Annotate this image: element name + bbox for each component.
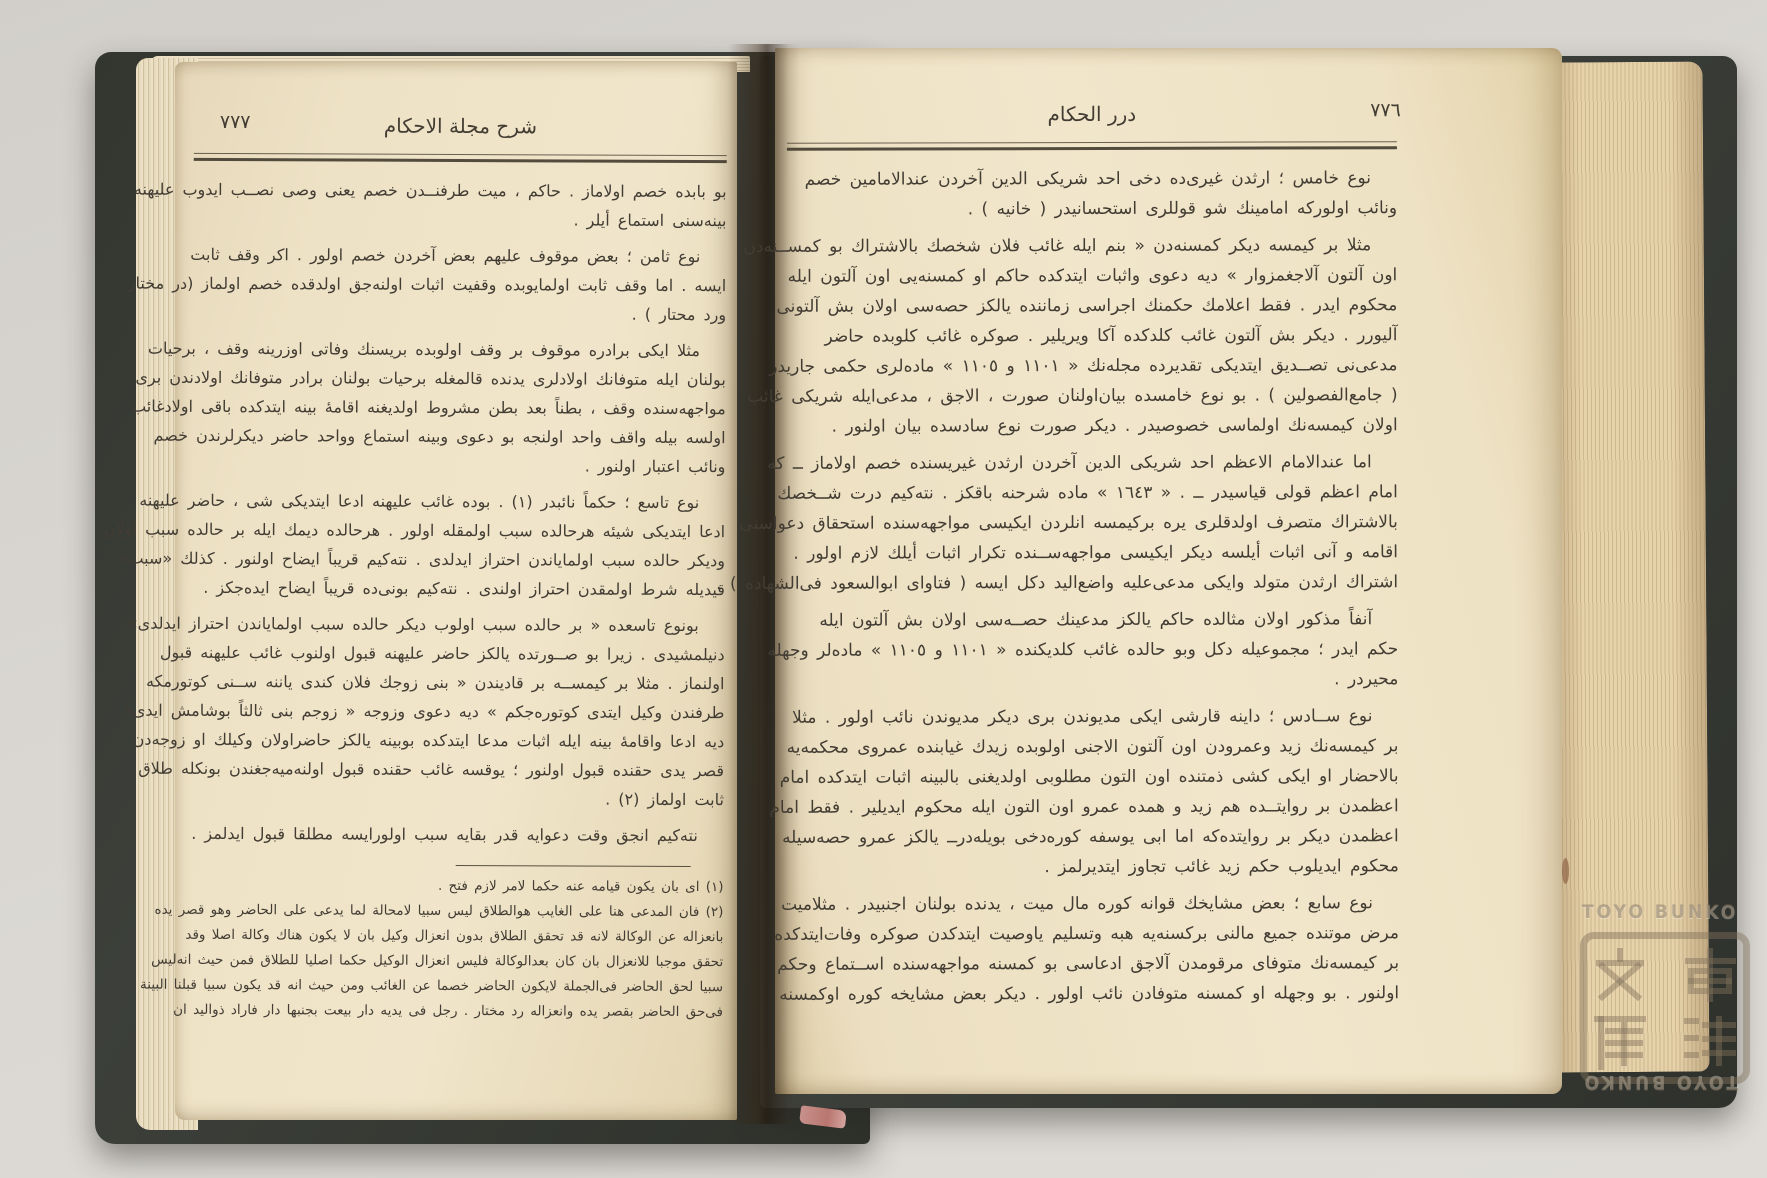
- text-paragraph: نوع ثامن ؛ بعض موقوف عليهم بعض آخردن خصم…: [193, 240, 726, 329]
- text-line: ديه ادعا واقامهٔ بينه ايله اثبات مدعا اي…: [191, 725, 724, 756]
- text-line: اولسه بيله واقف واحد اولنجه بو دعوى وبين…: [192, 421, 725, 452]
- toyo-bunko-seal: [1580, 932, 1750, 1084]
- text-line: اون آلتون آلاجغمزوار » ديه دعوى واثبات ا…: [787, 260, 1397, 292]
- text-paragraph: بونوع تاسعده « بر حالده سبب اولوب ديكر ح…: [191, 609, 725, 814]
- footnote-block: (١) اى بان يكون قيامه عنه حكما لامر لازم…: [190, 873, 724, 1025]
- text-line: (٢) فان المدعى هنا على الغايب هوالطلاق ل…: [190, 898, 723, 925]
- toyo-bunko-watermark-bottom: TOYO BUNKO: [1568, 1072, 1752, 1094]
- text-line: مواجهه‌سنده وقف ، بطناً بعد بطن مشروط او…: [193, 392, 726, 423]
- text-line: بر كيمسه‌نك متوفاى مرقومدن آلاجق ادعاسى …: [789, 948, 1399, 980]
- left-page-header-title: شرح مجلة الاحكام: [194, 113, 727, 139]
- text-line: امام اعظم قولى قياسيدر ــ . « ١٦٤٣ » ماد…: [788, 477, 1398, 509]
- text-line: محكوم ايديلوب حكم زيد غائب تجاوز ايتديرل…: [789, 851, 1399, 883]
- text-line: ثابت اولماز (٢) .: [191, 783, 724, 814]
- text-line: نوع ســادس ؛ داينه قارشى ايكى مديوندن بر…: [788, 701, 1398, 733]
- right-page-header-title: درر الحكام: [787, 101, 1397, 127]
- text-line: محيردر .: [788, 664, 1398, 696]
- seal-glyphs-icon: [1587, 939, 1743, 1077]
- right-page-header: ٧٧٦ درر الحكام: [787, 91, 1397, 143]
- book-photo: ٧٧٧ شرح مجلة الاحكام بو بابده خصم اولاما…: [0, 0, 1767, 1178]
- text-paragraph: نته‌كيم انجق وقت دعوايه قدر بقايه سبب او…: [191, 819, 724, 850]
- text-line: نته‌كيم انجق وقت دعوايه قدر بقايه سبب او…: [191, 819, 724, 850]
- left-page-text-column: ٧٧٧ شرح مجلة الاحكام بو بابده خصم اولاما…: [190, 103, 727, 1025]
- text-line: ايسه . اما وقف ثابت اولمايوبده وقفيت اثب…: [193, 269, 726, 300]
- text-line: نوع خامس ؛ ارثدن غيرى‌ده دخى احد شريكى ا…: [787, 163, 1397, 195]
- text-line: اولنور . بو وجهله او كمسنه متوفادن نائب …: [789, 978, 1399, 1010]
- text-line: ادعا ايتديكى شيئه هرحالده سبب اولمقله او…: [192, 515, 725, 546]
- text-paragraph: نوع خامس ؛ ارثدن غيرى‌ده دخى احد شريكى ا…: [787, 163, 1397, 225]
- text-paragraph: بو بابده خصم اولاماز . حاكم ، ميت طرفنــ…: [193, 175, 726, 235]
- text-line: قيديله شرط اولمقدن احتراز اولندى . نته‌ك…: [192, 573, 725, 604]
- text-line: بالاحضار او ايكى كشى ذمتنده اون التون مط…: [789, 761, 1399, 793]
- text-paragraph: آنفاً مذكور اولان مثالده حاكم يالكز مدعي…: [788, 604, 1398, 696]
- text-line: ( جامع‌الفصولين ) . بو نوع خامسده بيان‌ا…: [788, 380, 1398, 412]
- left-page-header: ٧٧٧ شرح مجلة الاحكام: [194, 103, 727, 155]
- text-line: مدعى‌نى تصــديق ايتديكى تقديرده مجله‌نك …: [787, 350, 1397, 382]
- text-line: بانعزاله عن الوكالة لانه قد تحقق الطلاق …: [190, 923, 723, 950]
- text-line: سبيا لحق الحاضر فى‌الجملة لايكون الحاضر …: [190, 973, 723, 1000]
- text-line: اولان كيمسه‌نك اولماسى خصوصيدر . ديكر صو…: [788, 410, 1398, 442]
- text-line: فى‌حق الحاضر بقصر يده وانعزاله رد مختار …: [190, 998, 723, 1025]
- toyo-bunko-watermark-top: TOYO BUNKO: [1568, 901, 1752, 923]
- text-line: اعظمدن ديكر بر روايتده‌كه اما ابى يوسفه …: [789, 821, 1399, 853]
- text-line: مرض موتنده جميع مالنى بركسنه‌يه هبه وتسل…: [789, 918, 1399, 950]
- right-page-text-column: ٧٧٦ درر الحكام نوع خامس ؛ ارثدن غيرى‌ده …: [787, 91, 1399, 1017]
- text-line: ونائب اولوركه امامينك شو قوللرى استحساني…: [787, 193, 1397, 225]
- header-rule: [787, 141, 1397, 151]
- text-line: بونوع تاسعده « بر حالده سبب اولوب ديكر ح…: [192, 609, 725, 640]
- text-line: طرفندن وكيل ايتدى كوتوره‌جكم » ديه دعوى …: [191, 696, 724, 727]
- text-paragraph: نوع سابع ؛ بعض مشايخك قوانه كوره مال ميت…: [789, 888, 1399, 1010]
- text-line: اقامه و آنى اثبات أيلسه ديكر ايكيسى مواج…: [788, 537, 1398, 569]
- text-line: بالاشتراك متصرف اولدقلرى يره بركيمسه انل…: [788, 507, 1398, 539]
- text-line: وديكر حالده سبب اولماياندن احتراز ايدلدى…: [192, 544, 725, 575]
- text-line: نوع سابع ؛ بعض مشايخك قوانه كوره مال ميت…: [789, 888, 1399, 920]
- text-line: مثلا ايكى برادره موقوف بر وقف اولوبده بر…: [193, 334, 726, 365]
- text-line: قصر يدى حقنده قبول اولنور ؛ يوقسه غائب ح…: [191, 754, 724, 785]
- text-paragraph: مثلا بر كيمسه ديكر كمسنه‌دن « بنم ايله غ…: [787, 230, 1398, 442]
- text-paragraph: نوع ســادس ؛ داينه قارشى ايكى مديوندن بر…: [788, 701, 1398, 883]
- text-line: اما عندالامام الاعظم احد شريكى الدين آخر…: [788, 447, 1398, 479]
- text-line: بينه‌سنى استماع أيلر .: [193, 204, 726, 235]
- paper-knot-mark: [1562, 858, 1569, 884]
- text-paragraph: نوع تاسع ؛ حكماً نائبدر (١) . بوده غائب …: [192, 486, 726, 604]
- text-paragraph: مثلا ايكى برادره موقوف بر وقف اولوبده بر…: [192, 334, 726, 481]
- text-line: محكوم ايدر . فقط اعلامك حكمنك اجراسى زما…: [787, 290, 1397, 322]
- text-line: اعظمدن بر روايتــده هم زيد و همده عمرو ا…: [789, 791, 1399, 823]
- text-line: نوع ثامن ؛ بعض موقوف عليهم بعض آخردن خصم…: [193, 240, 726, 271]
- text-line: بولنان ايله متوفانك اولادلرى يدنده قالمغ…: [193, 363, 726, 394]
- text-line: آنفاً مذكور اولان مثالده حاكم يالكز مدعي…: [788, 604, 1398, 636]
- text-line: آليورر . ديكر بش آلتون غائب كلدكده آكا و…: [787, 320, 1397, 352]
- text-line: اولنماز . مثلا بر كيمســه بر قاديندن « ب…: [191, 667, 724, 698]
- text-line: اشتراك ارثدن متولد وايكى مدعى‌عليه واضع‌…: [788, 567, 1398, 599]
- text-line: بو بابده خصم اولاماز . حاكم ، ميت طرفنــ…: [194, 175, 727, 206]
- text-line: تحقق موجبا للانعزال بان كان بعدالوكالة ف…: [190, 948, 723, 975]
- text-line: دنيلمشيدى . زيرا بو صــورتده يالكز حاضر …: [192, 638, 725, 669]
- text-line: ورد محتار ) .: [193, 298, 726, 329]
- text-line: حكم ايدر ؛ مجموعيله دكل وبو حالده غائب ك…: [788, 634, 1398, 666]
- footnote-separator-rule: [456, 865, 691, 867]
- text-line: نوع تاسع ؛ حكماً نائبدر (١) . بوده غائب …: [192, 486, 725, 517]
- text-line: ونائب اعتبار اولنور .: [192, 450, 725, 481]
- text-line: بر كيمسه‌نك زيد وعمرودن اون آلتون الاجنى…: [788, 731, 1398, 763]
- text-line: (١) اى بان يكون قيامه عنه حكما لامر لازم…: [191, 873, 724, 900]
- text-line: مثلا بر كيمسه ديكر كمسنه‌دن « بنم ايله غ…: [787, 230, 1397, 262]
- text-paragraph: اما عندالامام الاعظم احد شريكى الدين آخر…: [788, 447, 1398, 599]
